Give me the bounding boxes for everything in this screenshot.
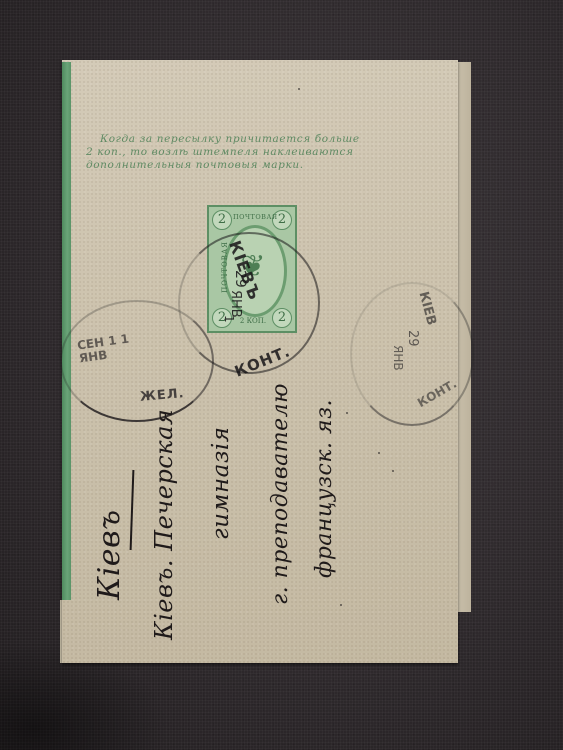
notice-line: Когда за пересылку причитается больше (86, 133, 406, 146)
stamp-top-text: ПОЧТОВАЯ (233, 213, 273, 221)
postmark-right-month: ЯНВ (391, 345, 405, 371)
ink-speck (346, 412, 348, 414)
ink-speck (340, 604, 342, 606)
ink-speck (378, 452, 380, 454)
ink-speck (298, 88, 300, 90)
ink-speck (392, 470, 394, 472)
notice-line: 2 коп., то возлѣ штемпеля наклеиваются (86, 146, 406, 159)
postmark-month: ЯНВ (228, 290, 243, 318)
postmark-ring-right (350, 282, 474, 426)
denomination: 2 (212, 210, 232, 230)
handwritten-address-line: французск. яз. (312, 399, 337, 578)
printed-postage-notice: Когда за пересылку причитается больше 2 … (86, 133, 406, 172)
postmark-day: 29 (232, 270, 248, 288)
notice-line: дополнительныя почтовыя марки. (86, 159, 406, 172)
handwritten-address-line: гимназія (208, 427, 234, 541)
handwritten-city: Кіевъ (92, 509, 127, 600)
handwritten-address-line: Кіевъ. Печерская (150, 409, 178, 640)
postmark-ring-main (178, 232, 320, 374)
handwritten-address-line: г. преподавателю (268, 383, 293, 605)
postmark-year: 1 (222, 315, 236, 323)
postmark-right-day: 29 (405, 330, 420, 347)
